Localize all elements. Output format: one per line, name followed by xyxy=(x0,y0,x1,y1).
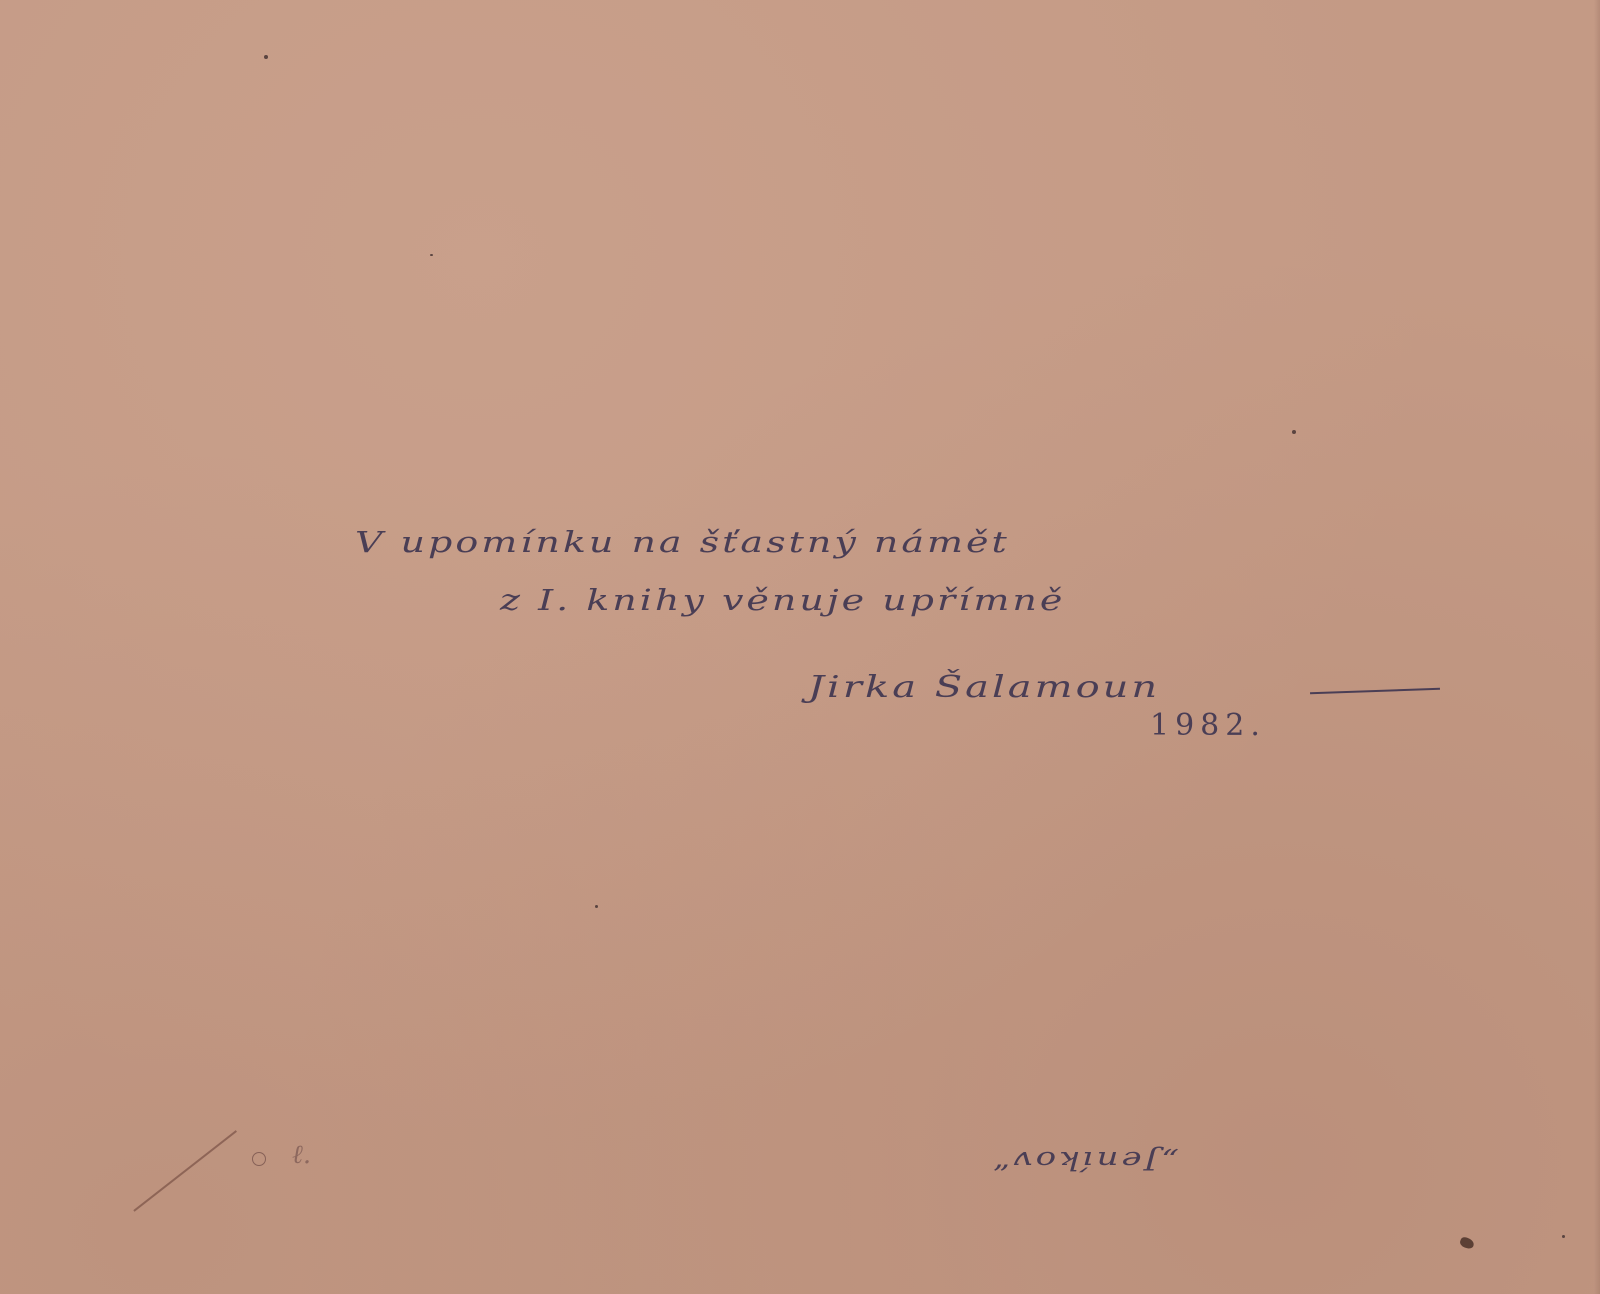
pencil-mark: ℓ. xyxy=(292,1140,311,1170)
paper-speck xyxy=(264,55,268,59)
inscription-year: 1982. xyxy=(1150,708,1266,743)
paper-background xyxy=(0,0,1600,1294)
paper-speck xyxy=(1292,430,1296,434)
paper-speck xyxy=(430,254,433,256)
paper-speck xyxy=(595,905,598,908)
small-circle-stamp-icon xyxy=(252,1152,266,1166)
upside-down-title: „Jeníkov“ xyxy=(990,1145,1179,1175)
paper-edge xyxy=(1594,0,1600,1294)
signature: Jirka Šalamoun xyxy=(808,670,1160,705)
inscription-line-1: V upomínku na šťastný námět xyxy=(355,526,1010,559)
inscription-line-2: z I. knihy věnuje upřímně xyxy=(500,584,1065,617)
paper-speck xyxy=(1562,1235,1565,1238)
